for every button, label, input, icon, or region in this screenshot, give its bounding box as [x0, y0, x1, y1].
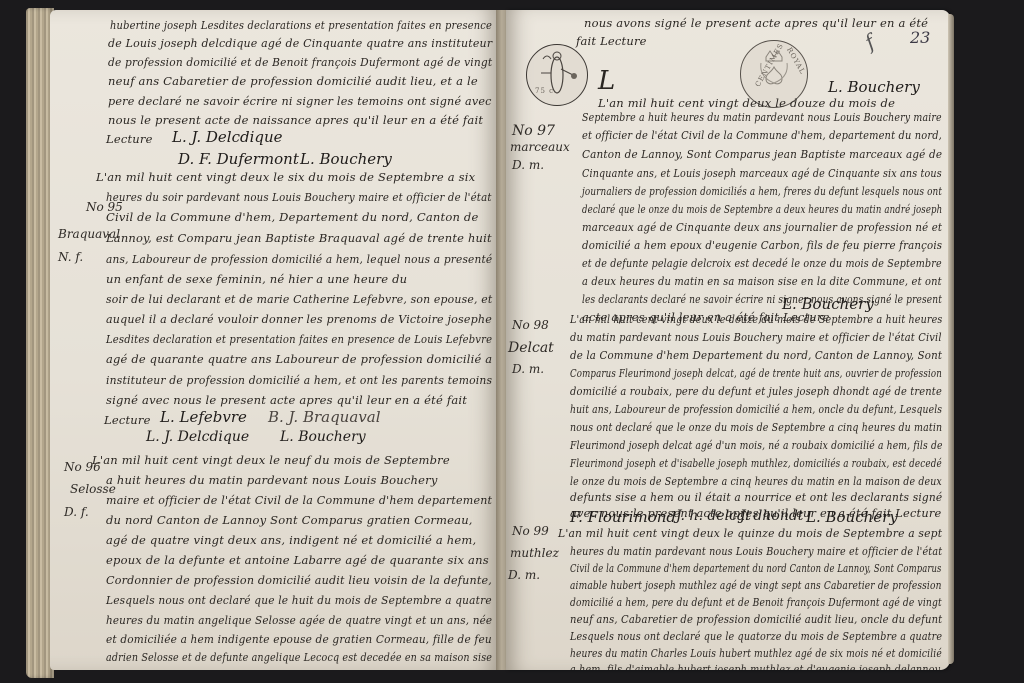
- text-line: nous avons signé le present acte apres q…: [584, 16, 928, 30]
- allegorical-figure-icon: [527, 45, 587, 105]
- page-edge-right: [948, 14, 954, 664]
- text-line: signé avec nous le present acte apres qu…: [106, 393, 467, 407]
- left-page: hubertine joseph Lesdites declarations e…: [50, 10, 500, 670]
- text-line: Lesquels nous ont declaré que le quatorz…: [570, 629, 942, 643]
- text-line: journaliers de profession domiciliés a h…: [582, 184, 942, 198]
- signature-flourimond: F. Flourimond: [570, 508, 676, 526]
- text-line: les declarants declaré ne savoir écrire …: [582, 292, 942, 306]
- text-line: Comparus Fleurimond joseph delcat, agé d…: [570, 366, 942, 380]
- text-line: L'an mil huit cent vingt deux le quinze …: [558, 526, 942, 540]
- text-line: a hem, fils d'aimable hubert joseph muth…: [570, 662, 942, 670]
- text-line: L'an mil huit cent vingt deux le neuf du…: [92, 453, 450, 467]
- text-line: pere declaré ne savoir écrire ni signer …: [108, 94, 492, 108]
- signature-dhondt: J. dhondt: [740, 508, 803, 524]
- text-line: domicilié a roubaix, pere du defunt et j…: [570, 384, 942, 398]
- text-line: neuf ans Cabaretier de profession domici…: [108, 74, 478, 88]
- entry-type: D. m.: [508, 568, 540, 582]
- text-line: Lecture: [104, 413, 151, 427]
- signature-bouchery: L. Bouchery: [280, 429, 366, 445]
- entry-number: No 99: [512, 524, 549, 538]
- signature-bouchery-98: L. Bouchery: [782, 295, 874, 313]
- text-line: le onze du mois de Septembre a cinq heur…: [570, 474, 942, 488]
- text-line: huit ans, Laboureur de profession domici…: [570, 402, 942, 416]
- text-line: adrien Selosse et de defunte angelique L…: [106, 650, 492, 664]
- text-line: hubertine joseph Lesdites declarations e…: [110, 18, 492, 32]
- text-line: defunts sise a hem ou il était a nourric…: [570, 490, 942, 504]
- text-line: maire et officier de l'état Civil de la …: [106, 493, 492, 507]
- entry-surname: marceaux: [510, 140, 570, 154]
- text-line: de la Commune d'hem Departement du nord,…: [570, 348, 942, 362]
- entry-type: D. m.: [512, 158, 544, 172]
- text-line: ans, Laboureur de profession domicilié a…: [106, 252, 492, 266]
- text-line: Cordonnier de profession domicilié audit…: [106, 573, 492, 587]
- entry-initial-flourish: L: [598, 66, 615, 96]
- text-line: de Louis joseph delcdique agé de Cinquan…: [108, 36, 492, 50]
- text-line: agé de quarante quatre ans Laboureur de …: [106, 352, 492, 366]
- text-line: instituteur de profession domicilié a he…: [106, 373, 492, 387]
- text-line: heures du matin angelique Selosse agée d…: [106, 613, 492, 627]
- entry-type: D. m.: [512, 362, 544, 376]
- right-page: nous avons signé le present acte apres q…: [506, 10, 950, 670]
- text-line: aimable hubert joseph muthlez agé de vin…: [570, 578, 942, 592]
- signature-bouchery: L. Bouchery: [806, 508, 898, 526]
- text-line: auquel il a declaré vouloir donner les p…: [106, 312, 492, 326]
- text-line: et domiciliée a hem indigente epouse de …: [106, 632, 492, 646]
- text-line: Fleurimond joseph delcat agé d'un mois, …: [570, 438, 943, 452]
- text-line: agé de quatre vingt deux ans, indigent n…: [106, 533, 476, 547]
- figure-seal-stamp: 75 c.: [526, 44, 588, 106]
- text-line: L'an mil huit cent vingt deux le douze d…: [598, 96, 895, 110]
- open-register-book: hubertine joseph Lesdites declarations e…: [0, 0, 1024, 683]
- text-line: Fleurimond joseph et d'isabelle joseph m…: [570, 456, 942, 470]
- text-line: soir de lui declarant et de marie Cather…: [106, 292, 492, 306]
- page-number: 23: [910, 28, 930, 47]
- text-line: Civil de la Commune d'hem, Departement d…: [106, 210, 478, 224]
- text-line: Civil de la Commune d'hem departement du…: [570, 561, 942, 575]
- text-line: Lesdites declaration et presentation fai…: [106, 332, 492, 346]
- signature-delcdique: L. J. Delcdique: [146, 429, 249, 445]
- text-line: marceaux agé de Cinquante deux ans journ…: [582, 220, 942, 234]
- text-line: Lesquels nous ont declaré que le huit du…: [106, 593, 492, 607]
- stamp-value: 75 c.: [535, 87, 557, 95]
- signature-bouchery: L. Bouchery: [300, 150, 392, 168]
- text-line: L'an mil huit cent vingt deux le six du …: [96, 170, 475, 184]
- entry-type: N. f.: [58, 250, 83, 264]
- entry-surname: muthlez: [510, 546, 559, 560]
- text-line: et de defunte pelagie delcroix est deced…: [582, 256, 942, 270]
- text-line: Septembre a huit heures du matin pardeva…: [582, 110, 942, 124]
- entry-number: No 98: [512, 318, 549, 332]
- text-line: heures du soir pardevant nous Louis Bouc…: [106, 190, 492, 204]
- text-line: et officier de l'état Civil de la Commun…: [582, 128, 942, 142]
- text-line: du matin pardevant nous Louis Bouchery m…: [570, 330, 942, 344]
- entry-type: D. f.: [64, 505, 89, 519]
- signature-dufermont: D. F. Dufermont: [178, 150, 299, 168]
- text-line: a huit heures du matin pardevant nous Lo…: [106, 473, 438, 487]
- text-line: Canton de Lannoy, Sont Comparus jean Bap…: [582, 147, 942, 161]
- entry-surname: Delcat: [508, 340, 554, 356]
- text-line: heures du matin pardevant nous Louis Bou…: [570, 544, 942, 558]
- text-line: Lannoy, est Comparu jean Baptiste Braqua…: [106, 231, 492, 245]
- entry-number: No 97: [512, 123, 555, 139]
- text-line: epoux de la defunte et antoine Labarre a…: [106, 553, 489, 567]
- text-line: Lecture: [106, 132, 153, 146]
- text-line: de profession domicilié et de Benoit fra…: [108, 55, 492, 69]
- signature-lefebvre: L. Lefebvre: [160, 408, 247, 426]
- text-line: a deux heures du matin en sa maison sise…: [582, 274, 942, 288]
- text-line: declaré que le onze du mois de Septembre…: [582, 202, 942, 216]
- text-line: nous le present acte de naissance apres …: [108, 113, 483, 127]
- folio-mark: f: [860, 30, 878, 54]
- text-line: heures du matin Charles Louis hubert mut…: [570, 646, 942, 660]
- text-line: nous ont declaré que le onze du mois de …: [570, 420, 942, 434]
- text-line: domicilié a hem, pere du defunt et de Be…: [570, 595, 942, 609]
- text-line: L'an mil huit cent vingt deux le douze d…: [570, 312, 942, 326]
- text-line: un enfant de sexe feminin, né hier a une…: [106, 272, 407, 286]
- text-line: du nord Canton de Lannoy Sont Comparus g…: [106, 513, 473, 527]
- signature-delcdique: L. J. Delcdique: [172, 128, 283, 146]
- text-line: neuf ans, Cabaretier de profession domic…: [570, 612, 942, 626]
- text-line: Cinquante ans, et Louis joseph marceaux …: [582, 166, 942, 180]
- text-line: domicilié a hem epoux d'eugenie Carbon, …: [582, 238, 942, 252]
- signature-braquaval: B. J. Braquaval: [268, 408, 381, 426]
- signature-bouchery: L. Bouchery: [828, 78, 920, 96]
